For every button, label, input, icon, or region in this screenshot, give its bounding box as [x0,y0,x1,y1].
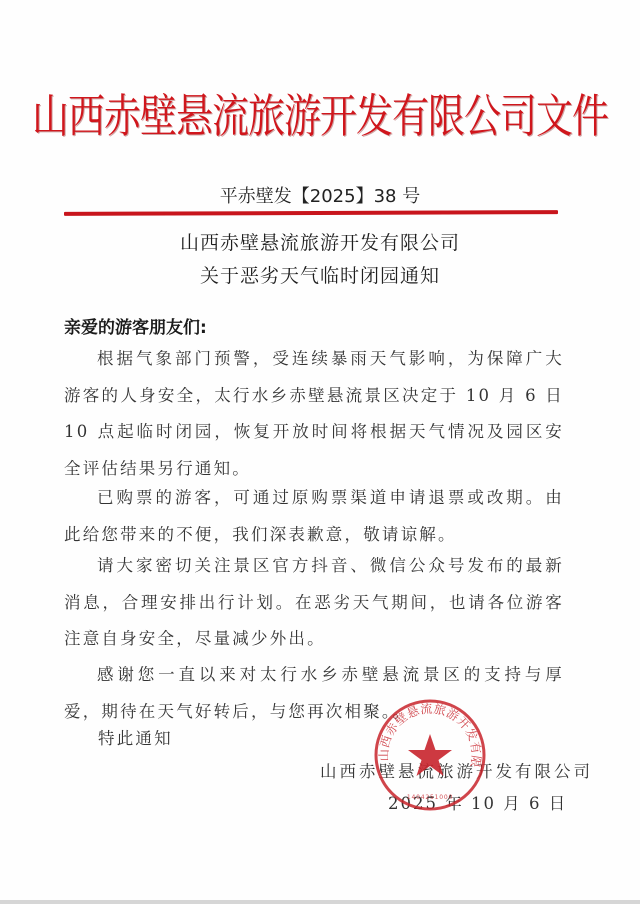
official-seal-stamp: 山西赤壁悬流旅游开发有限公司 1404251000 [373,698,487,812]
paragraph-follow-updates: 请大家密切关注景区官方抖音、微信公众号发布的最新消息，合理安排出行计划。在恶劣天… [64,548,564,658]
document-number: 平赤壁发【2025】38 号 [0,182,640,208]
document-header-title: 山西赤壁悬流旅游开发有限公司文件 [0,78,640,146]
closing-line: 特此通知 [98,725,173,749]
notice-subject-company: 山西赤壁悬流旅游开发有限公司 [0,228,640,255]
notice-subject-title: 关于恶劣天气临时闭园通知 [0,261,640,288]
page-bottom-edge [0,900,640,904]
salutation: 亲爱的游客朋友们: [64,313,207,338]
seal-code: 1404251000 [407,794,453,801]
star-icon [408,734,452,776]
paragraph-refund: 已购票的游客，可通过原购票渠道申请退票或改期。由此给您带来的不便，我们深表歉意，… [64,480,564,553]
red-divider [64,210,558,216]
paragraph-closure-notice: 根据气象部门预警，受连续暴雨天气影响，为保障广大游客的人身安全，太行水乡赤壁悬流… [64,341,564,487]
paragraph-thanks: 感谢您一直以来对太行水乡赤壁悬流景区的支持与厚爱，期待在天气好转后，与您再次相聚… [64,657,564,730]
